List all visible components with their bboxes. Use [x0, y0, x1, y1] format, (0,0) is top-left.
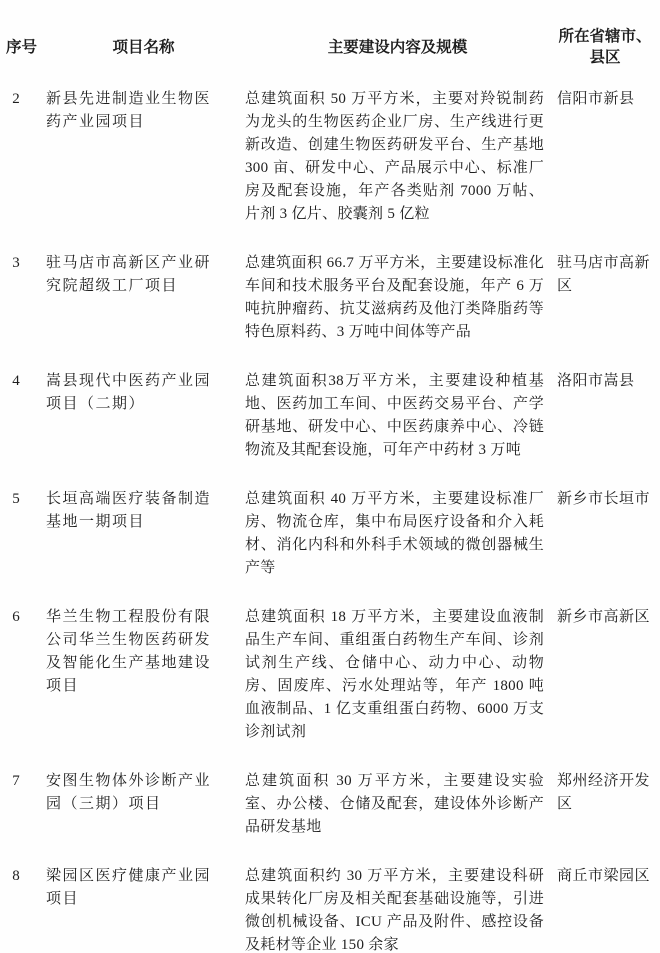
project-location: 新乡市长垣市 — [550, 488, 660, 511]
project-content: 总建筑面积约 30 万平方米，主要建设科研成果转化厂房及相关配套基础设施等，引进… — [245, 865, 550, 953]
project-location: 洛阳市嵩县 — [550, 370, 660, 393]
project-content: 总建筑面积 18 万平方米，主要建设血液制品生产车间、重组蛋白药物生产车间、诊剂… — [245, 606, 550, 744]
table-row: 3 驻马店市高新区产业研究院超级工厂项目 总建筑面积 66.7 万平方米，主要建… — [0, 252, 660, 344]
project-content: 总建筑面积 50 万平方米，主要对羚锐制药为龙头的生物医药企业厂房、生产线进行更… — [245, 88, 550, 226]
project-name: 安图生物体外诊断产业园（三期）项目 — [42, 770, 245, 816]
project-name: 长垣高端医疗装备制造基地一期项目 — [42, 488, 245, 534]
project-name: 新县先进制造业生物医药产业园项目 — [42, 88, 245, 134]
project-content: 总建筑面积 40 万平方米，主要建设标准厂房、物流仓库，集中布局医疗设备和介入耗… — [245, 488, 550, 580]
document-page: 序号 项目名称 主要建设内容及规模 所在省辖市、县区 2 新县先进制造业生物医药… — [0, 0, 660, 953]
header-num: 序号 — [0, 37, 42, 58]
project-name: 华兰生物工程股份有限公司华兰生物医药研发及智能化生产基地建设项目 — [42, 606, 245, 698]
project-location: 新乡市高新区 — [550, 606, 660, 629]
project-name: 梁园区医疗健康产业园项目 — [42, 865, 245, 911]
header-project-name: 项目名称 — [42, 37, 245, 58]
project-location: 商丘市梁园区 — [550, 865, 660, 888]
project-location: 驻马店市高新区 — [550, 252, 660, 298]
row-number: 7 — [0, 770, 42, 793]
table-header-row: 序号 项目名称 主要建设内容及规模 所在省辖市、县区 — [0, 26, 660, 68]
header-content-scale: 主要建设内容及规模 — [245, 37, 550, 58]
project-location: 郑州经济开发区 — [550, 770, 660, 816]
header-location: 所在省辖市、县区 — [550, 26, 660, 68]
table-row: 8 梁园区医疗健康产业园项目 总建筑面积约 30 万平方米，主要建设科研成果转化… — [0, 865, 660, 953]
project-name: 嵩县现代中医药产业园项目（二期） — [42, 370, 245, 416]
table-row: 7 安图生物体外诊断产业园（三期）项目 总建筑面积 30 万平方米，主要建设实验… — [0, 770, 660, 839]
table-row: 2 新县先进制造业生物医药产业园项目 总建筑面积 50 万平方米，主要对羚锐制药… — [0, 88, 660, 226]
row-number: 2 — [0, 88, 42, 111]
row-number: 6 — [0, 606, 42, 629]
row-number: 3 — [0, 252, 42, 275]
row-number: 5 — [0, 488, 42, 511]
row-number: 4 — [0, 370, 42, 393]
table-row: 6 华兰生物工程股份有限公司华兰生物医药研发及智能化生产基地建设项目 总建筑面积… — [0, 606, 660, 744]
table-row: 4 嵩县现代中医药产业园项目（二期） 总建筑面积38万平方米，主要建设种植基地、… — [0, 370, 660, 462]
row-number: 8 — [0, 865, 42, 888]
project-location: 信阳市新县 — [550, 88, 660, 111]
project-content: 总建筑面积 30 万平方米，主要建设实验室、办公楼、仓储及配套，建设体外诊断产品… — [245, 770, 550, 839]
table-row: 5 长垣高端医疗装备制造基地一期项目 总建筑面积 40 万平方米，主要建设标准厂… — [0, 488, 660, 580]
project-name: 驻马店市高新区产业研究院超级工厂项目 — [42, 252, 245, 298]
project-content: 总建筑面积38万平方米，主要建设种植基地、医药加工车间、中医药交易平台、产学研基… — [245, 370, 550, 462]
project-content: 总建筑面积 66.7 万平方米，主要建设标准化车间和技术服务平台及配套设施，年产… — [245, 252, 550, 344]
